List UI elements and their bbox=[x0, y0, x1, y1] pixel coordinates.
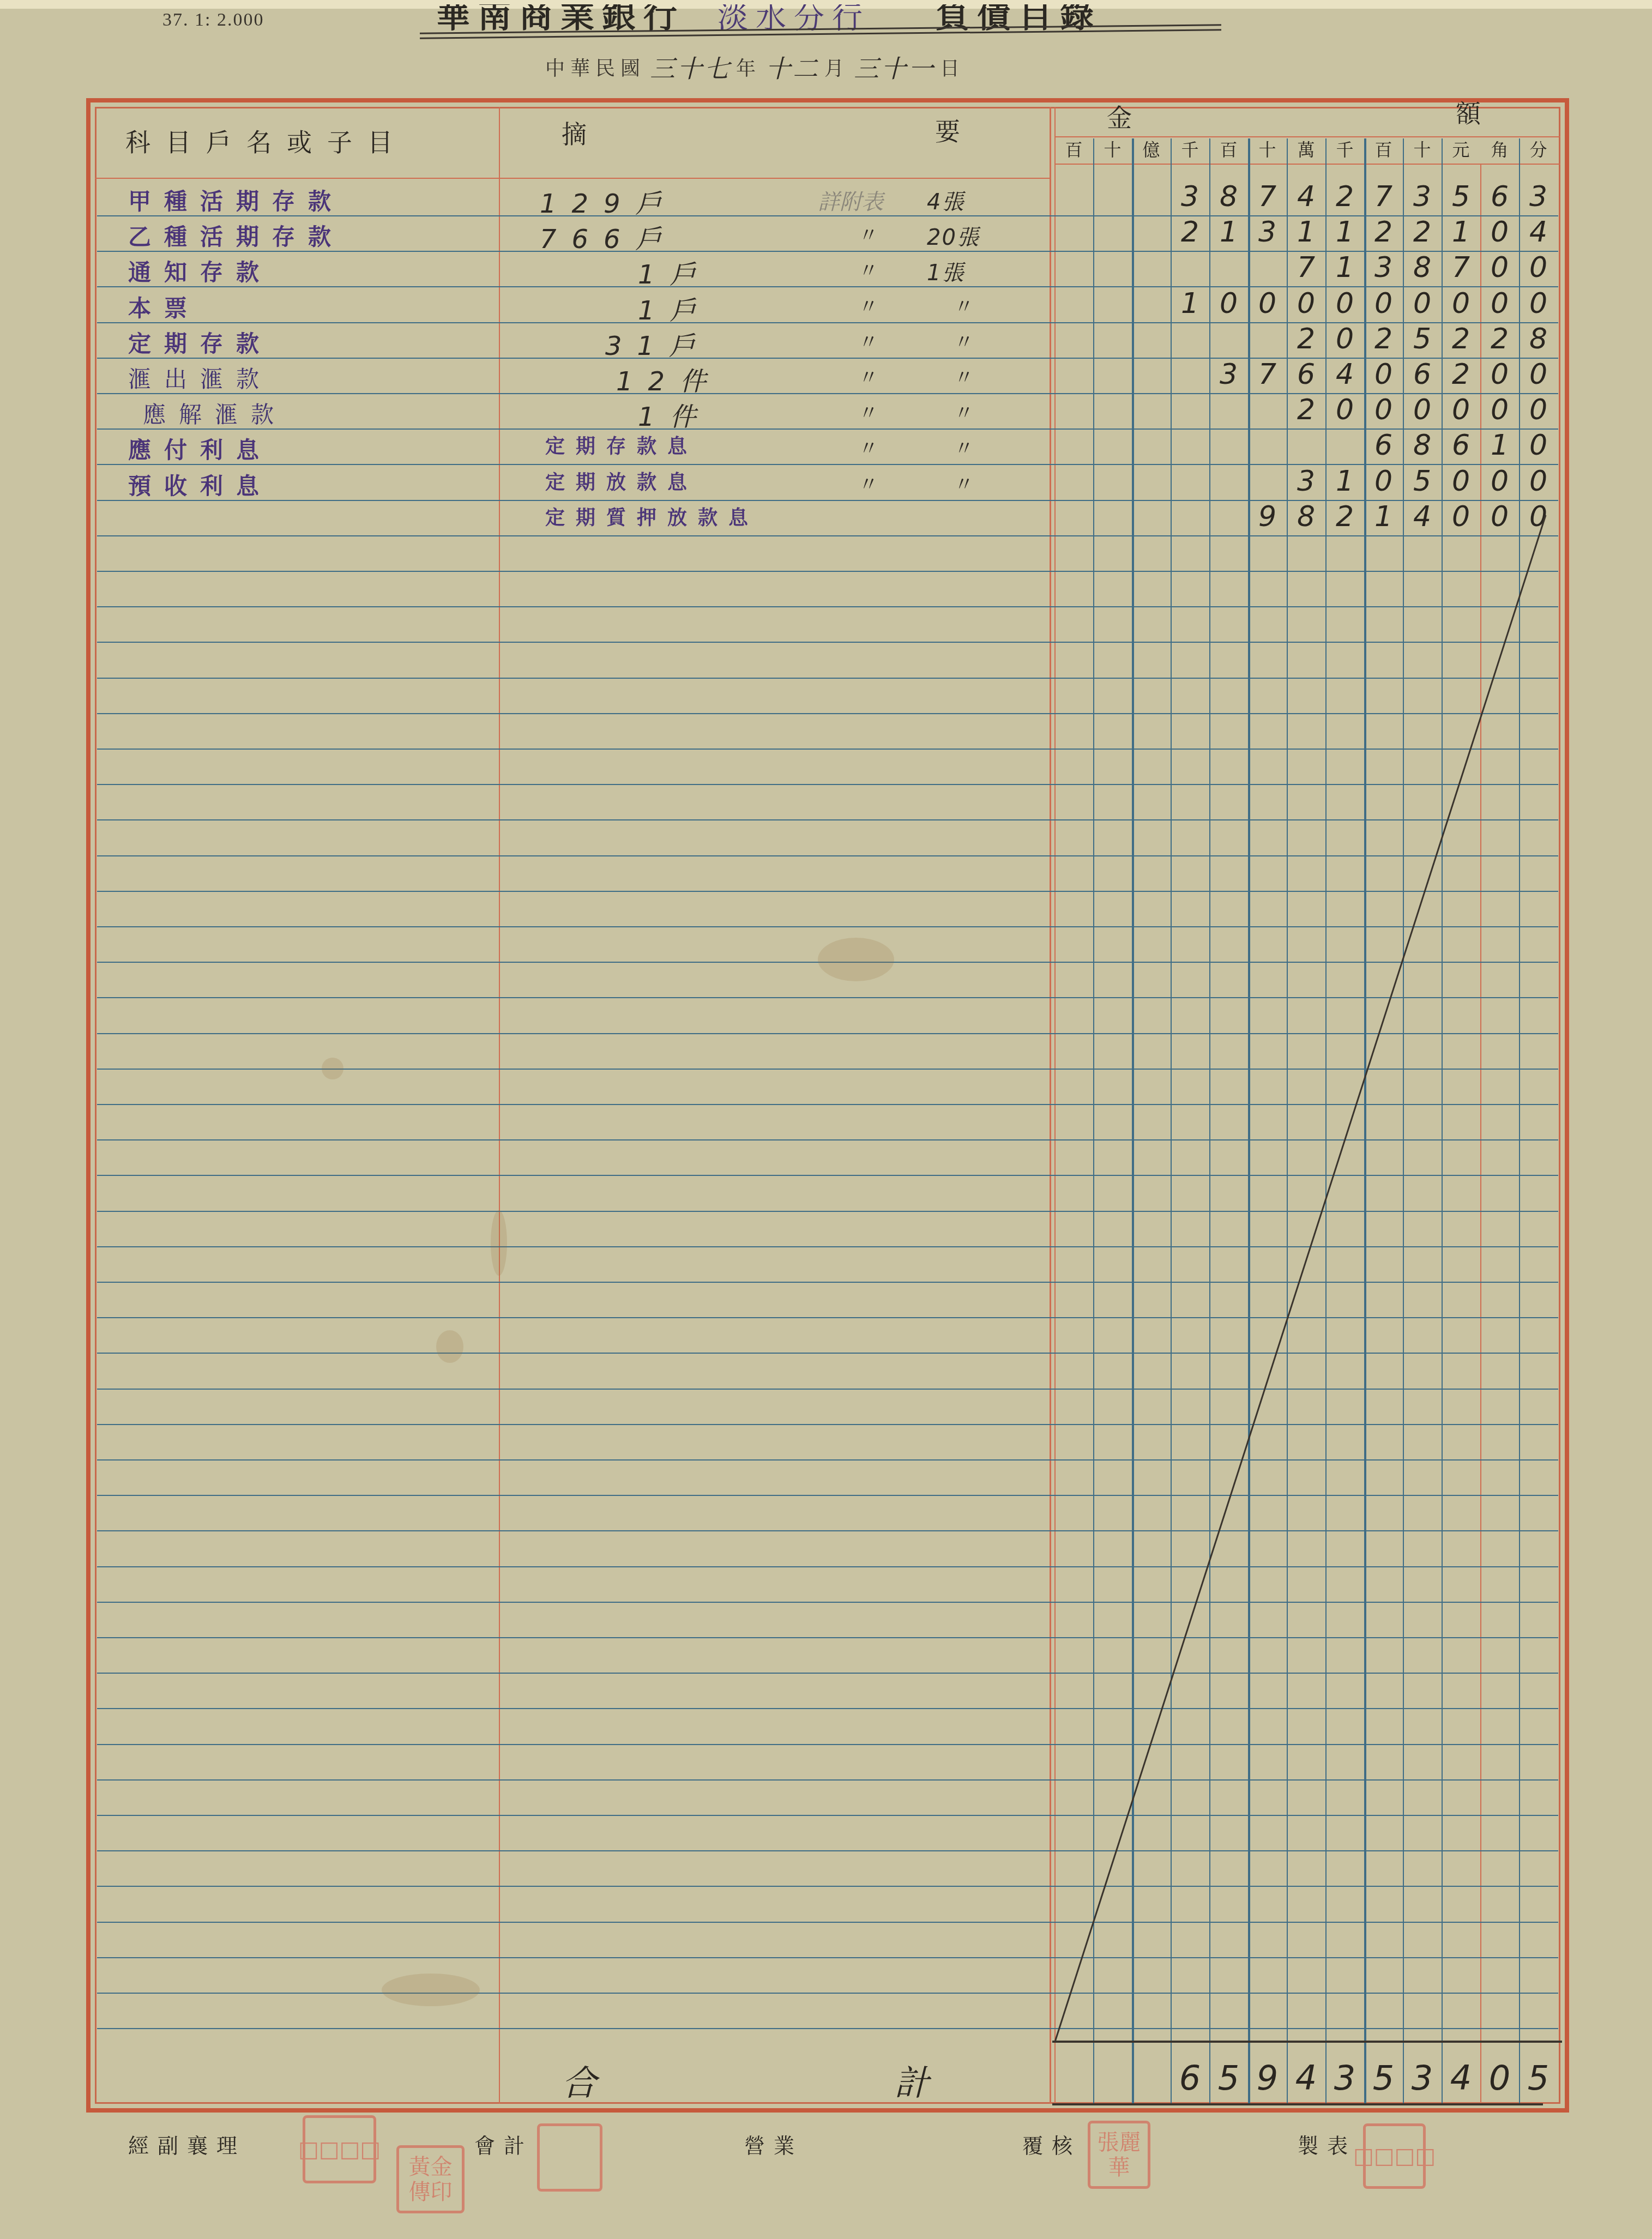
amount-digit: 0 bbox=[1287, 287, 1325, 320]
amount-unit-header: 分 bbox=[1519, 136, 1558, 161]
summary-column-header-right: 要 bbox=[935, 112, 975, 148]
accounting-seal: 黃金傳印 bbox=[396, 2145, 465, 2213]
amount-unit-header: 元 bbox=[1442, 136, 1480, 161]
column-divider-account bbox=[499, 107, 500, 2104]
amount-digit: 1 bbox=[1171, 287, 1209, 320]
amount-digit: 0 bbox=[1442, 287, 1480, 320]
date-month: 十二 bbox=[765, 49, 820, 85]
header-bottom-rule bbox=[95, 178, 1050, 179]
amount-digit: 8 bbox=[1403, 429, 1442, 462]
amount-digit: 1 bbox=[1287, 216, 1325, 249]
date-day-label: 日 bbox=[940, 53, 965, 81]
amount-digit: 2 bbox=[1480, 323, 1519, 355]
amount-digit: 7 bbox=[1442, 251, 1480, 284]
amount-digit: 0 bbox=[1480, 287, 1519, 320]
amount-digit: 6 bbox=[1442, 429, 1480, 462]
amount-digit: 2 bbox=[1364, 216, 1403, 249]
amount-unit-header: 十 bbox=[1403, 136, 1442, 161]
amount-digit: 3 bbox=[1209, 358, 1248, 391]
account-name: 應付利息 bbox=[128, 432, 272, 465]
amount-digit: 1 bbox=[1480, 429, 1519, 462]
account-name: 本票 bbox=[128, 291, 200, 323]
account-column-header: 科目戶名或子目 bbox=[125, 123, 408, 159]
amount-digit: 7 bbox=[1248, 180, 1287, 213]
summary-text: 31戶 bbox=[605, 325, 710, 363]
amount-digit: 0 bbox=[1325, 394, 1364, 426]
summary-text: 定期放款息 bbox=[545, 467, 698, 495]
amount-digit: 2 bbox=[1403, 216, 1442, 249]
amount-digit: 2 bbox=[1287, 323, 1325, 355]
manager-seal: □□□□ bbox=[303, 2115, 376, 2183]
amount-digit: 0 bbox=[1248, 287, 1287, 320]
amount-digit: 0 bbox=[1364, 394, 1403, 426]
amount-digit: 0 bbox=[1519, 429, 1558, 462]
summary-text: 129戶 bbox=[540, 183, 677, 220]
amount-digit: 0 bbox=[1480, 358, 1519, 391]
amount-digit: 0 bbox=[1519, 358, 1558, 391]
date-year: 三十七 bbox=[650, 49, 732, 85]
total-amount-digit: 4 bbox=[1442, 2058, 1480, 2098]
amount-digit: 0 bbox=[1519, 465, 1558, 498]
signature-label-accounting: 會計 bbox=[474, 2129, 533, 2159]
amount-digit: 0 bbox=[1209, 287, 1248, 320]
amount-digit: 0 bbox=[1519, 394, 1558, 426]
signature-label-review: 覆核 bbox=[1022, 2129, 1081, 2159]
amount-digit: 5 bbox=[1442, 180, 1480, 213]
amount-digit: 0 bbox=[1480, 216, 1519, 249]
summary-note: 〃 bbox=[859, 469, 878, 497]
account-name: 通知存款 bbox=[128, 255, 272, 287]
total-amount-digit: 5 bbox=[1519, 2058, 1558, 2098]
amount-digit: 1 bbox=[1442, 216, 1480, 249]
account-name: 滙出滙款 bbox=[128, 361, 272, 394]
amount-digit: 8 bbox=[1209, 180, 1248, 213]
amount-unit-header: 萬 bbox=[1287, 136, 1325, 161]
total-bottom-rule bbox=[1052, 2103, 1543, 2105]
summary-sheet-count: 20張 bbox=[927, 220, 980, 251]
summary-note: 〃 bbox=[859, 327, 878, 355]
amount-digit: 0 bbox=[1325, 287, 1364, 320]
signature-label-manager: 經副襄理 bbox=[128, 2129, 246, 2159]
summary-note: 〃 bbox=[859, 398, 878, 426]
diagonal-cancel-line bbox=[1052, 512, 1548, 2044]
summary-sheet-count: 〃 bbox=[954, 433, 975, 461]
total-amount-digit: 3 bbox=[1403, 2058, 1442, 2098]
amount-unit-header: 角 bbox=[1480, 136, 1519, 161]
preparer-seal: □□□□ bbox=[1363, 2123, 1426, 2189]
amount-digit: 3 bbox=[1519, 180, 1558, 213]
summary-note: 〃 bbox=[859, 220, 878, 248]
amount-unit-header: 百 bbox=[1054, 136, 1093, 161]
amount-digit: 3 bbox=[1287, 465, 1325, 498]
summary-text: 定期存款息 bbox=[545, 431, 698, 459]
amount-digit: 3 bbox=[1403, 180, 1442, 213]
amount-digit: 8 bbox=[1403, 251, 1442, 284]
amount-unit-header: 百 bbox=[1364, 136, 1403, 161]
amount-unit-header: 千 bbox=[1325, 136, 1364, 161]
total-amount-digit: 3 bbox=[1325, 2058, 1364, 2098]
review-seal: 張麗華 bbox=[1088, 2121, 1150, 2189]
paper-stain bbox=[491, 1210, 507, 1276]
form-serial-number: 37. 1: 2.000 bbox=[162, 10, 264, 31]
amount-digit: 0 bbox=[1403, 394, 1442, 426]
amount-digit: 0 bbox=[1442, 394, 1480, 426]
amount-unit-header: 百 bbox=[1209, 136, 1248, 161]
column-divider-summary bbox=[1050, 107, 1051, 2104]
amount-digit: 4 bbox=[1519, 216, 1558, 249]
amount-digit: 1 bbox=[1325, 465, 1364, 498]
document-date: 中華民國 三十七 年 十二 月 三十一 日 bbox=[545, 49, 965, 85]
amount-digit: 4 bbox=[1325, 358, 1364, 391]
total-label-left: 合 bbox=[562, 2055, 596, 2105]
amount-digit: 0 bbox=[1403, 287, 1442, 320]
date-year-label: 年 bbox=[736, 53, 761, 81]
summary-note: 〃 bbox=[859, 433, 878, 461]
amount-digit: 8 bbox=[1519, 323, 1558, 355]
amount-digit: 0 bbox=[1364, 465, 1403, 498]
amount-unit-header: 千 bbox=[1171, 136, 1209, 161]
total-amount-digit: 0 bbox=[1480, 2058, 1519, 2098]
ruled-line bbox=[97, 429, 1558, 430]
accounting-seal-2 bbox=[537, 2123, 602, 2192]
summary-sheet-count: 〃 bbox=[954, 363, 975, 390]
amount-unit-header: 億 bbox=[1132, 136, 1171, 161]
summary-text: 766戶 bbox=[540, 218, 677, 256]
paper-stain bbox=[436, 1330, 463, 1363]
date-prefix: 中華民國 bbox=[545, 53, 646, 81]
signature-label-preparer: 製表 bbox=[1298, 2129, 1356, 2159]
amount-digit: 2 bbox=[1442, 323, 1480, 355]
amount-unit-header: 十 bbox=[1093, 136, 1132, 161]
summary-sheet-count: 〃 bbox=[954, 292, 975, 319]
account-name: 預收利息 bbox=[128, 468, 272, 501]
amount-digit: 4 bbox=[1287, 180, 1325, 213]
summary-note: 詳附表 bbox=[818, 185, 883, 216]
total-amount-digit: 4 bbox=[1287, 2058, 1325, 2098]
amount-digit: 6 bbox=[1364, 429, 1403, 462]
summary-text: 12件 bbox=[616, 360, 721, 398]
amount-digit: 0 bbox=[1519, 287, 1558, 320]
amount-column-header-left: 金 bbox=[1107, 98, 1147, 134]
summary-text: 1件 bbox=[638, 396, 712, 433]
amount-digit: 6 bbox=[1480, 180, 1519, 213]
account-name: 應解滙款 bbox=[143, 397, 287, 430]
summary-sheet-count: 1張 bbox=[927, 256, 964, 287]
summary-note: 〃 bbox=[859, 292, 878, 319]
summary-text: 1戶 bbox=[638, 289, 712, 327]
amount-digit: 2 bbox=[1325, 180, 1364, 213]
amount-digit: 0 bbox=[1364, 358, 1403, 391]
paper-stain bbox=[322, 1058, 343, 1079]
amount-digit: 6 bbox=[1403, 358, 1442, 391]
amount-digit: 0 bbox=[1480, 394, 1519, 426]
summary-note: 〃 bbox=[859, 363, 878, 390]
total-amount-digit: 9 bbox=[1248, 2058, 1287, 2098]
amount-digit: 1 bbox=[1325, 251, 1364, 284]
amount-header-bottom-rule bbox=[1054, 164, 1560, 165]
amount-digit: 3 bbox=[1171, 180, 1209, 213]
amount-unit-header: 十 bbox=[1248, 136, 1287, 161]
date-month-label: 月 bbox=[824, 53, 849, 81]
amount-digit: 6 bbox=[1287, 358, 1325, 391]
account-name: 甲種活期存款 bbox=[128, 184, 344, 216]
total-amount-digit: 5 bbox=[1364, 2058, 1403, 2098]
amount-digit: 7 bbox=[1287, 251, 1325, 284]
total-top-rule bbox=[1052, 2041, 1562, 2043]
account-name: 定期存款 bbox=[128, 326, 272, 359]
amount-digit: 0 bbox=[1480, 251, 1519, 284]
total-amount-digit: 6 bbox=[1171, 2058, 1209, 2098]
amount-digit: 1 bbox=[1325, 216, 1364, 249]
summary-text: 1戶 bbox=[638, 254, 712, 291]
amount-digit: 5 bbox=[1403, 465, 1442, 498]
summary-sheet-count: 〃 bbox=[954, 327, 975, 355]
paper-stain bbox=[818, 938, 894, 981]
amount-digit: 2 bbox=[1442, 358, 1480, 391]
summary-note: 〃 bbox=[859, 256, 878, 283]
amount-digit: 0 bbox=[1442, 465, 1480, 498]
amount-digit: 1 bbox=[1209, 216, 1248, 249]
summary-sheet-count: 〃 bbox=[954, 398, 975, 426]
amount-digit: 0 bbox=[1325, 323, 1364, 355]
paper-stain bbox=[382, 1974, 480, 2006]
amount-digit: 5 bbox=[1403, 323, 1442, 355]
amount-digit: 3 bbox=[1364, 251, 1403, 284]
amount-digit: 0 bbox=[1519, 251, 1558, 284]
summary-sheet-count: 〃 bbox=[954, 469, 975, 497]
account-name: 乙種活期存款 bbox=[128, 219, 344, 252]
total-label-right: 計 bbox=[894, 2055, 929, 2105]
amount-digit: 0 bbox=[1364, 287, 1403, 320]
summary-text: 定期質押放款息 bbox=[545, 503, 759, 530]
signature-label-operations: 營業 bbox=[744, 2129, 803, 2159]
amount-digit: 0 bbox=[1480, 465, 1519, 498]
date-day: 三十一 bbox=[854, 49, 936, 85]
amount-digit: 7 bbox=[1364, 180, 1403, 213]
amount-digit: 2 bbox=[1364, 323, 1403, 355]
amount-digit: 3 bbox=[1248, 216, 1287, 249]
amount-digit: 2 bbox=[1171, 216, 1209, 249]
summary-column-header-left: 摘 bbox=[562, 114, 602, 150]
amount-digit: 7 bbox=[1248, 358, 1287, 391]
amount-column-header-right: 額 bbox=[1456, 94, 1496, 130]
total-amount-digit: 5 bbox=[1209, 2058, 1248, 2098]
summary-sheet-count: 4張 bbox=[927, 185, 964, 216]
amount-digit: 2 bbox=[1287, 394, 1325, 426]
